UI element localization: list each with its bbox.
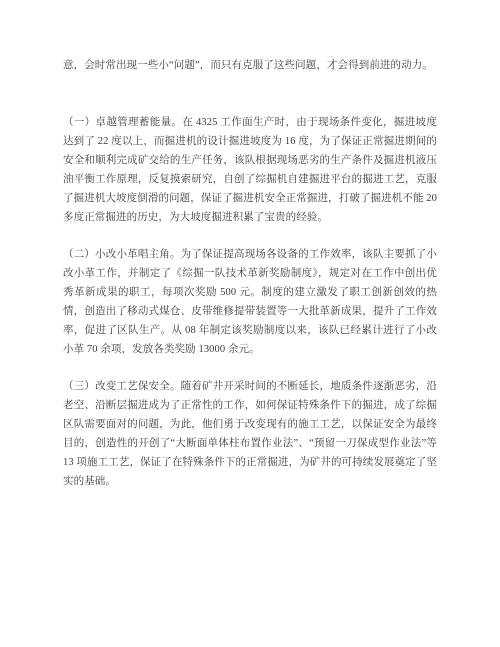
paragraph-section-2: （二）小改小革唱主角。为了保证提高现场各设备的工作效率，该队主要抓了小改小革工作… bbox=[63, 245, 437, 359]
document-page: 意，会时常出现一些小“问题”，而只有克服了这些问题，才会得到前进的动力。 （一）… bbox=[0, 0, 500, 647]
intro-line: 意，会时常出现一些小“问题”，而只有克服了这些问题，才会得到前进的动力。 bbox=[63, 56, 437, 75]
paragraph-section-3: （三）改变工艺保安全。随着矿井开采时间的不断延长，地质条件逐渐恶劣，沿老空、沿断… bbox=[63, 377, 437, 491]
paragraph-section-1: （一）卓越管理蓄能量。在 4325 工作面生产时，由于现场条件变化，掘进坡度达到… bbox=[63, 113, 437, 227]
